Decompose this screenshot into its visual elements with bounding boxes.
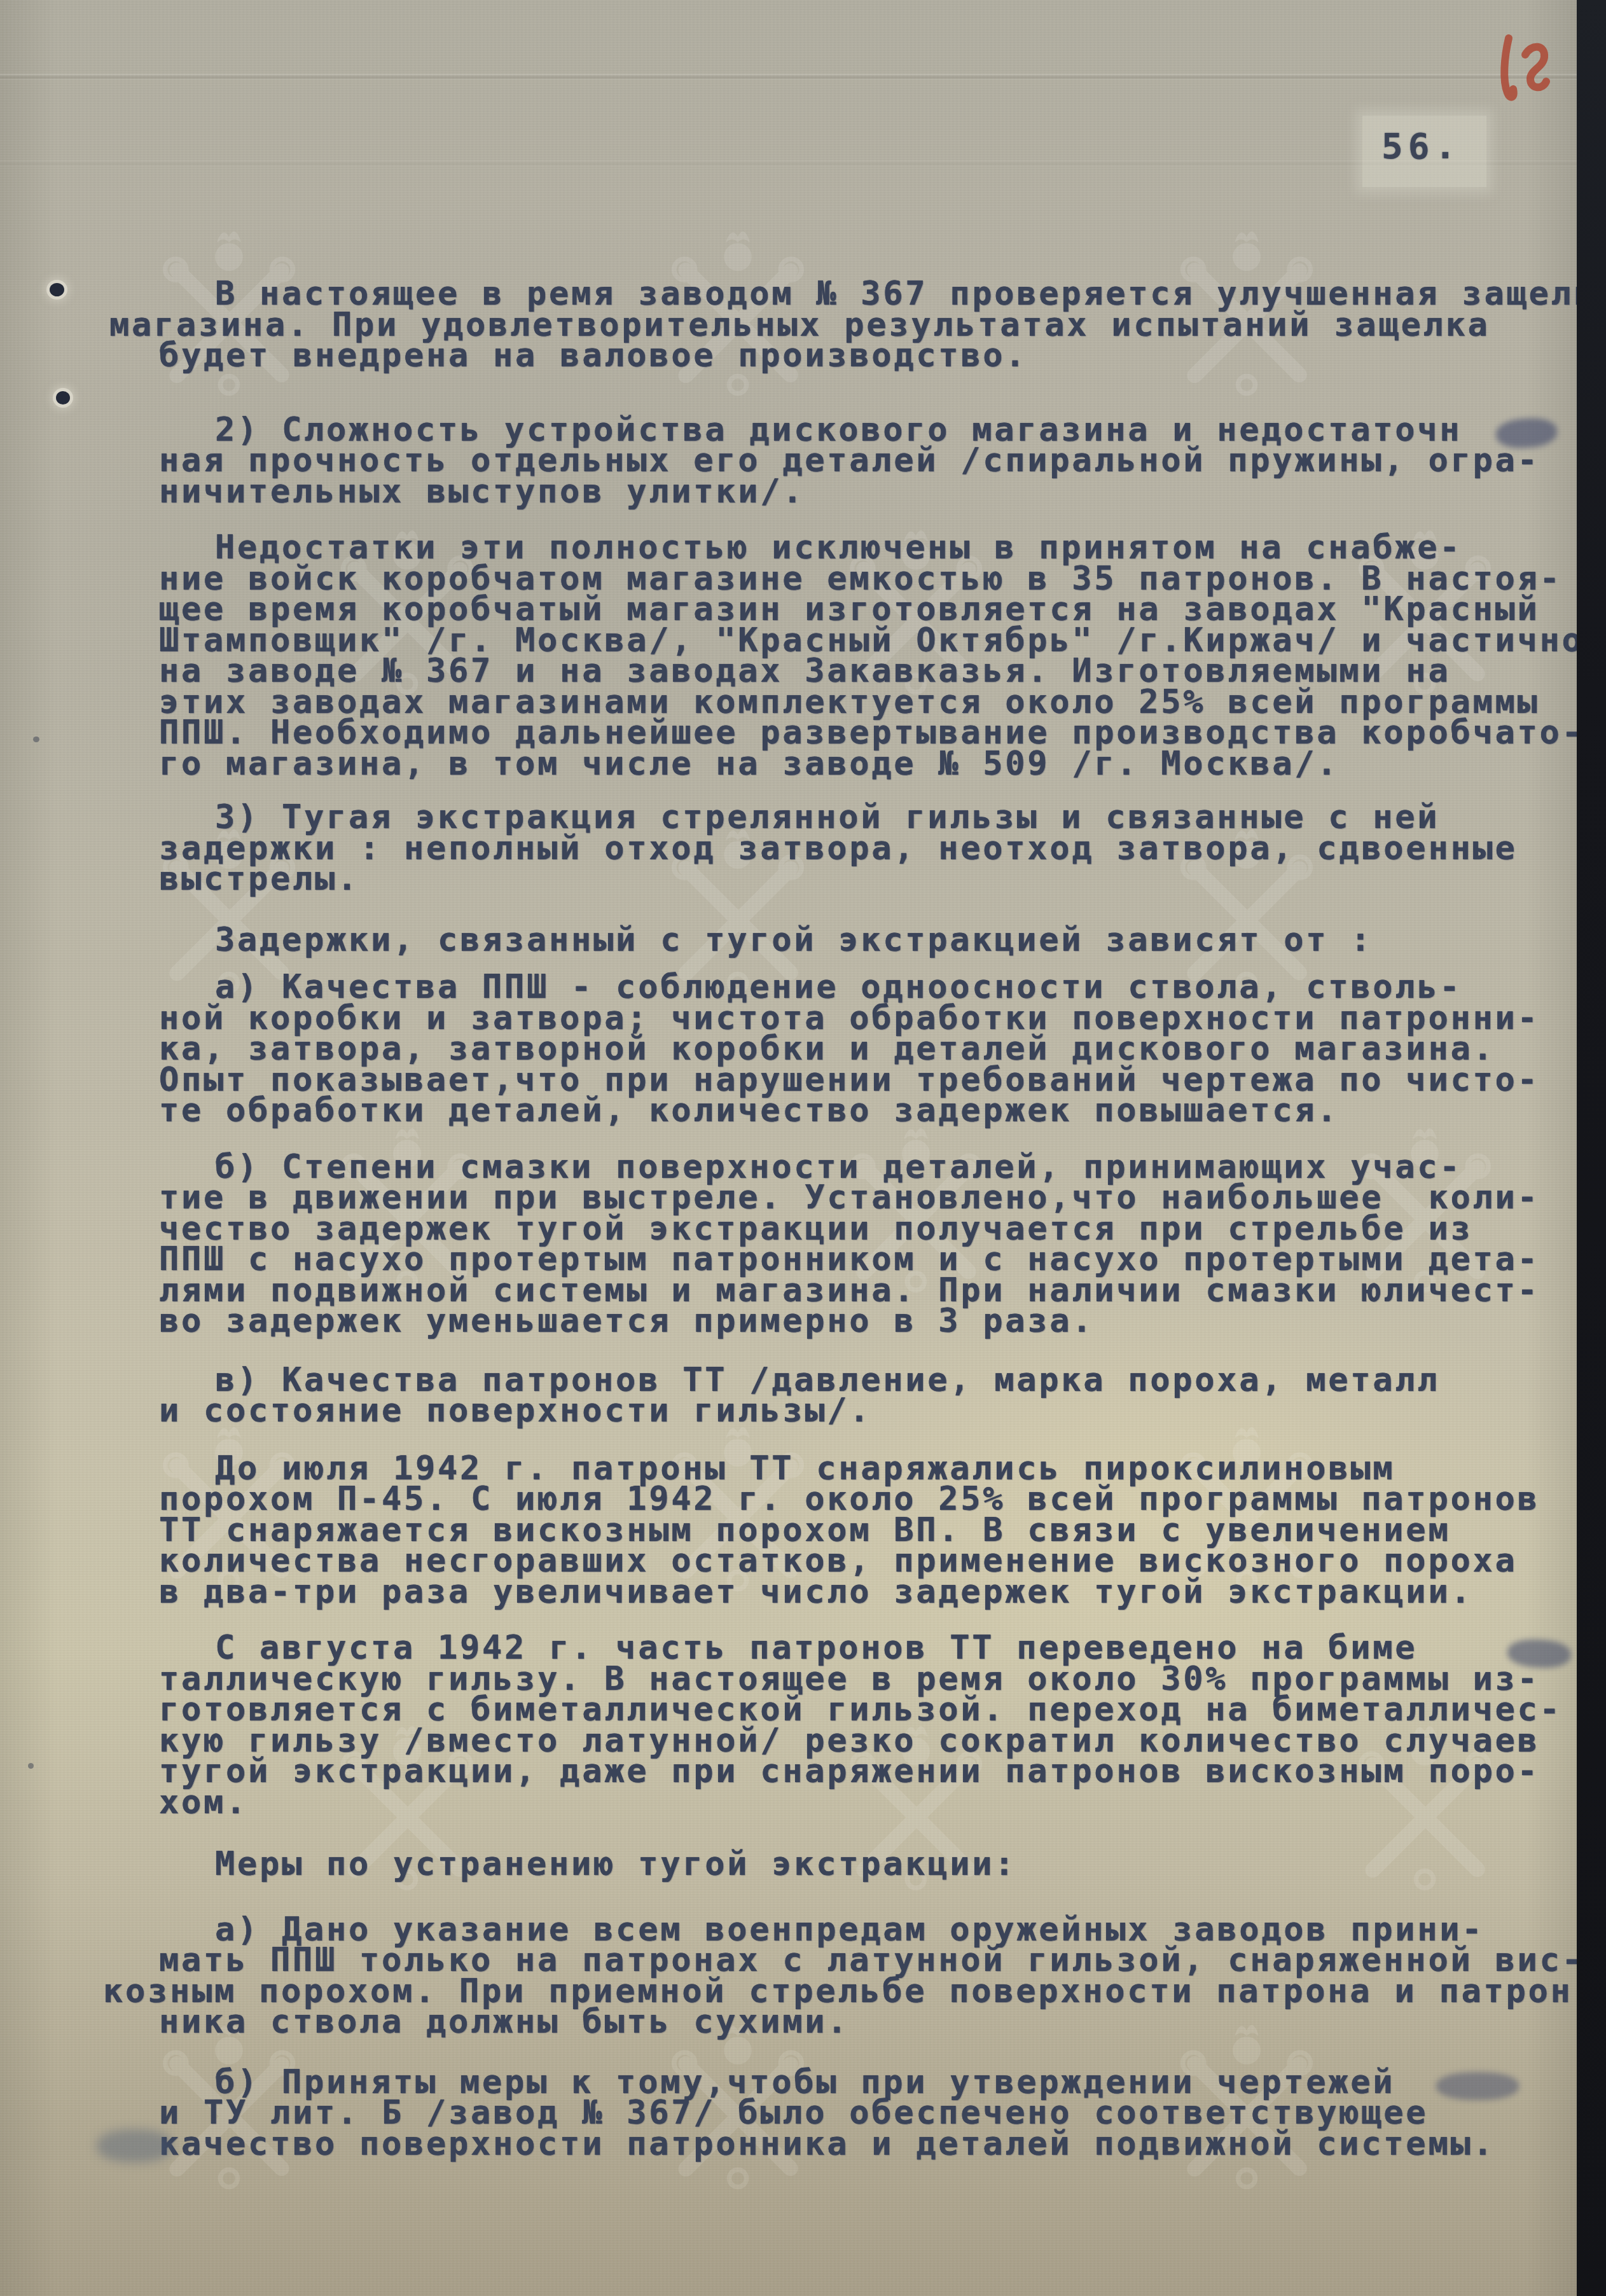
text-line: ние войск коробчатом магазине емкостью в…: [159, 564, 1606, 595]
text-block: В настоящее в ремя заводом № 367 проверя…: [0, 279, 1606, 2159]
text-line: во задержек уменьшается примерно в 3 раз…: [159, 1306, 1606, 1337]
text-line: готовляется с биметаллической гильзой. п…: [159, 1694, 1606, 1725]
text-line: козным порохом. При приемной стрельбе по…: [103, 1976, 1606, 2007]
text-line: щее время коробчатый магазин изготовляет…: [159, 594, 1606, 625]
text-line: задержки : неполный отход затвора, неотх…: [159, 833, 1606, 864]
text-line: Недостатки эти полностью исключены в при…: [159, 532, 1606, 564]
text-line: ничительных выступов улитки/.: [159, 476, 1606, 508]
text-line: До июля 1942 г. патроны ТТ снаряжались п…: [159, 1453, 1606, 1484]
text-line: лями подвижной системы и магазина. При н…: [159, 1275, 1606, 1306]
text-line: ника ствола должны быть сухими.: [159, 2007, 1606, 2038]
text-line: таллическую гильзу. В настоящее в ремя о…: [159, 1664, 1606, 1695]
text-line: и ТУ лит. Б /завод № 367/ было обеспечен…: [159, 2098, 1606, 2129]
paragraph: До июля 1942 г. патроны ТТ снаряжались п…: [159, 1453, 1606, 1608]
text-line: в) Качества патронов ТТ /давление, марка…: [159, 1365, 1606, 1396]
text-line: в два-три раза увеличивает число задерже…: [159, 1577, 1606, 1608]
text-line: мать ППШ только на патронах с латунной г…: [159, 1945, 1606, 1976]
text-line: хом.: [159, 1787, 1606, 1818]
text-line: а) Качества ППШ - соблюдение одноосности…: [159, 972, 1606, 1003]
text-line: ной коробки и затвора; чистота обработки…: [159, 1003, 1606, 1034]
text-line: Штамповщик" /г. Москва/, "Красный Октябр…: [159, 625, 1606, 656]
text-line: го магазина, в том числе на заводе № 509…: [159, 749, 1606, 780]
text-line: и состояние поверхности гильзы/.: [159, 1395, 1606, 1427]
text-line: 2) Сложность устройства дискового магази…: [159, 415, 1606, 446]
text-line: ППШ. Необходимо дальнейшее развертывание…: [159, 717, 1606, 749]
text-line: 3) Тугая экстракция стрелянной гильзы и …: [159, 802, 1606, 833]
text-line: те обработки деталей, количество задерже…: [159, 1095, 1606, 1126]
paragraph: а) Дано указание всем военпредам оружейн…: [159, 1914, 1606, 2038]
text-line: В настоящее в ремя заводом № 367 проверя…: [159, 279, 1606, 310]
text-line: С августа 1942 г. часть патронов ТТ пере…: [159, 1633, 1606, 1664]
red-pencil-mark: [1487, 24, 1570, 120]
paragraph: В настоящее в ремя заводом № 367 проверя…: [159, 279, 1606, 371]
paragraph: Задержки, связанный с тугой экстракцией …: [159, 925, 1606, 956]
paragraph: Меры по устранению тугой экстракции:: [159, 1849, 1606, 1880]
paragraph: 2) Сложность устройства дискового магази…: [159, 415, 1606, 508]
photo-edge-strip: [1577, 0, 1606, 2296]
text-line: ППШ с насухо протертым патронником и с н…: [159, 1244, 1606, 1275]
paragraph: Недостатки эти полностью исключены в при…: [159, 532, 1606, 779]
text-line: тие в движении при выстреле. Установлено…: [159, 1182, 1606, 1214]
text-line: кую гильзу /вместо латунной/ резко сокра…: [159, 1725, 1606, 1757]
text-line: на заводе № 367 и на заводах Закавказья.…: [159, 656, 1606, 687]
text-line: б) Приняты меры к тому,чтобы при утвержд…: [159, 2067, 1606, 2098]
text-line: Задержки, связанный с тугой экстракцией …: [159, 925, 1606, 956]
text-line: чество задержек тугой экстракции получае…: [159, 1214, 1606, 1245]
scanned-document-page: 56. В настоящее в ремя заводом № 367 про…: [0, 0, 1606, 2296]
text-line: б) Степени смазки поверхности деталей, п…: [159, 1152, 1606, 1183]
text-line: ная прочность отдельных его деталей /спи…: [159, 445, 1606, 476]
text-line: порохом П-45. С июля 1942 г. около 25% в…: [159, 1484, 1606, 1515]
paragraph: а) Качества ППШ - соблюдение одноосности…: [159, 972, 1606, 1126]
paragraph: б) Степени смазки поверхности деталей, п…: [159, 1152, 1606, 1337]
text-line: Меры по устранению тугой экстракции:: [159, 1849, 1606, 1880]
text-line: ка, затвора, затворной коробки и деталей…: [159, 1034, 1606, 1065]
paragraph: в) Качества патронов ТТ /давление, марка…: [159, 1365, 1606, 1427]
text-line: качество поверхности патронника и детале…: [159, 2129, 1606, 2160]
text-line: ТТ снаряжается вискозным порохом ВП. В с…: [159, 1515, 1606, 1546]
paragraph: С августа 1942 г. часть патронов ТТ пере…: [159, 1633, 1606, 1818]
page-number: 56.: [1381, 126, 1461, 167]
paragraph: 3) Тугая экстракция стрелянной гильзы и …: [159, 802, 1606, 895]
text-line: количества несгоравших остатков, примене…: [159, 1546, 1606, 1577]
paragraph: б) Приняты меры к тому,чтобы при утвержд…: [159, 2067, 1606, 2160]
text-line: Опыт показывает,что при нарушении требов…: [159, 1065, 1606, 1096]
text-line: а) Дано указание всем военпредам оружейн…: [159, 1914, 1606, 1946]
text-line: тугой экстракции, даже при снаряжении па…: [159, 1756, 1606, 1787]
text-line: магазина. При удовлетворительных результ…: [109, 310, 1606, 341]
text-line: будет внедрена на валовое производство.: [159, 340, 1606, 371]
text-line: выстрелы.: [159, 864, 1606, 895]
text-line: этих заводах магазинами комплектуется ок…: [159, 687, 1606, 718]
